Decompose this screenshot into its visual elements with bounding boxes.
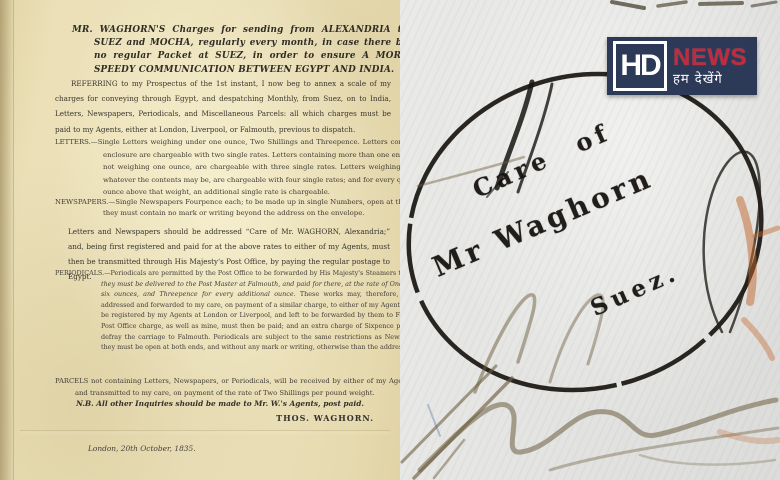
notice-signature: THOS. WAGHORN. [0,413,374,423]
notice-periodicals-paragraph: PERIODICALS.—Periodicals are permitted b… [55,268,441,353]
logo-text-column: NEWS हम देखेंगे [673,46,747,86]
news-wordmark: NEWS [673,46,747,70]
hd-monogram-box: HD [613,41,667,91]
letter-cover-page: Care of Mr Waghorn Suez. HD NEWS हम देखे… [400,0,780,480]
periodicals-roman-lead: PERIODICALS.—Periodicals are permitted b… [55,269,430,277]
notice-dateline: London, 20th October, 1835. [88,444,288,453]
notice-heading: MR. WAGHORN'S Charges for sending from A… [72,24,408,77]
periodicals-roman-tail: These works may, therefore, likewise be … [101,290,441,351]
printed-notice-page: MR. WAGHORN'S Charges for sending from A… [0,0,402,480]
hd-news-logo: HD NEWS हम देखेंगे [607,37,757,95]
logo-tagline: हम देखेंगे [673,73,747,86]
notice-letters-paragraph: LETTERS.—Single Letters weighing under o… [55,136,443,199]
hd-monogram: HD [620,51,659,81]
notice-nb-line: N.B. All other Inquiries should be made … [55,399,385,408]
notice-parcels-paragraph: PARCELS not containing Letters, Newspape… [55,376,415,399]
notice-newspapers-paragraph: NEWSPAPERS.—Single Newspapers Fourpence … [55,197,443,219]
notice-text-block: MR. WAGHORN'S Charges for sending from A… [0,0,402,480]
notice-intro-paragraph: REFERRING to my Prospectus of the 1st in… [55,76,391,137]
